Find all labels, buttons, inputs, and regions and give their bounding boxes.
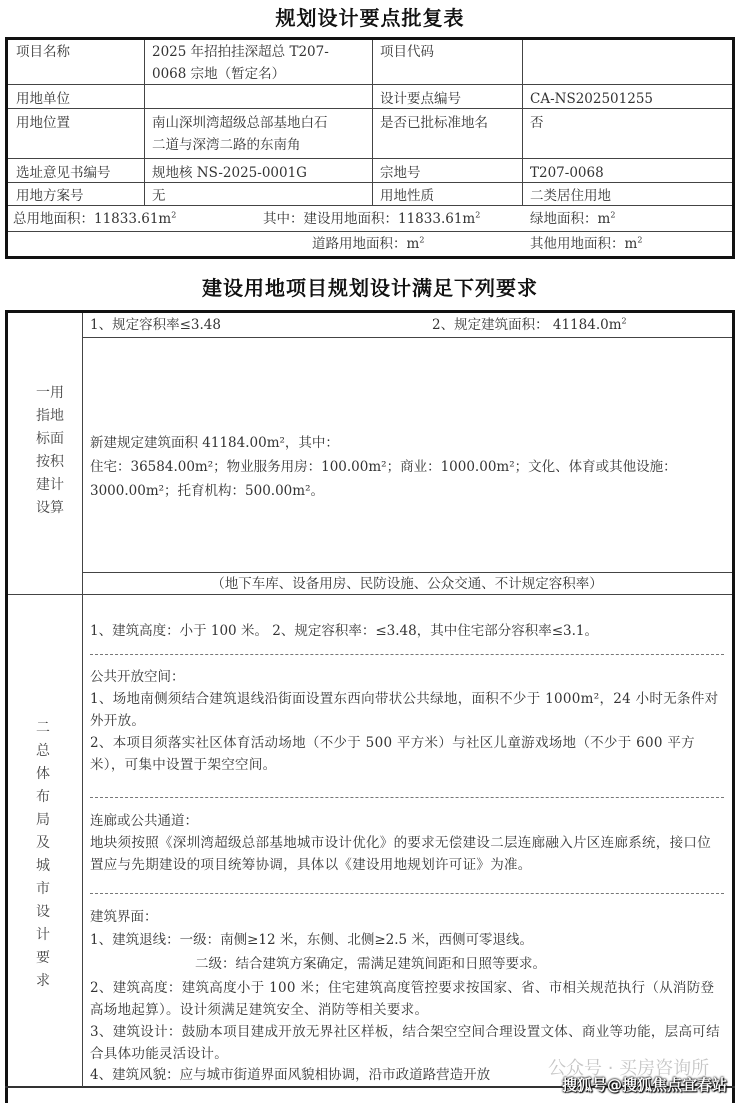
- section2-label-char: 及: [28, 832, 58, 855]
- building-style-item: 4、建筑风貌：应与城市街道界面风貌相协调，沿市政道路营造开放: [90, 1064, 490, 1086]
- dashed-separator: [90, 893, 724, 894]
- label-land-location: 用地位置: [8, 109, 144, 137]
- section1-label-line: 一用: [30, 382, 70, 405]
- section1-label-line: 设算: [30, 497, 70, 520]
- section1-label: 一用 指地 标面 按积 建计 设算: [30, 382, 70, 520]
- section1-label-line: 建计: [30, 474, 70, 497]
- value-land-plan-no: 无: [144, 182, 372, 210]
- dashed-separator: [90, 654, 724, 655]
- label-column-divider: [82, 313, 83, 1087]
- dashed-separator: [90, 797, 724, 798]
- other-land-area: 其他用地面积：m2: [530, 233, 642, 255]
- building-area-breakdown-line2: 住宅：36584.00m²；物业服务用房：100.00m²；商业：1000.00…: [90, 456, 677, 478]
- value-land-location: 南山深圳湾超级总部基地白石 二道与深湾二路的东南角: [144, 109, 372, 159]
- section2-label-char: 体: [28, 763, 58, 786]
- row-divider: [82, 337, 732, 338]
- label-project-name: 项目名称: [8, 38, 144, 66]
- public-space-item-1: 1、场地南侧须结合建筑退线沿街面设置东西向带状公共绿地，面积不少于 1000m²…: [90, 688, 722, 732]
- requirements-title: 建设用地项目规划设计满足下列要求: [0, 272, 740, 301]
- green-land-area: 绿地面积：m2: [530, 208, 615, 230]
- building-area-requirement: 2、规定建筑面积： 41184.0m2: [432, 314, 627, 336]
- section2-label-char: 布: [28, 786, 58, 809]
- value-standard-name: 否: [522, 109, 732, 137]
- section2-label-char: 要: [28, 947, 58, 970]
- public-space-item-2: 2、本项目须落实社区体育活动场地（不少于 500 平方米）与社区儿童游戏场地（不…: [90, 732, 722, 776]
- value-land-location-line2: 二道与深湾二路的东南角: [152, 134, 364, 156]
- value-project-name-line2: 0068 宗地（暂定名）: [152, 63, 364, 85]
- setback-level-2: 二级：结合建筑方案确定，需满足建筑间距和日照等要求。: [195, 953, 546, 975]
- value-land-use: 二类居住用地: [522, 182, 732, 210]
- value-project-name-line1: 2025 年招拍挂深超总 T207-: [152, 41, 364, 63]
- section1-label-line: 按积: [30, 451, 70, 474]
- value-project-code: [522, 38, 732, 44]
- height-ratio-requirement: 1、建筑高度：小于 100 米。 2、规定容积率：≤3.48，其中住宅部分容积率…: [90, 620, 598, 642]
- document-title: 规划设计要点批复表: [0, 2, 740, 31]
- corridor-text: 地块须按照《深圳湾超级总部基地城市设计优化》的要求无偿建设二层连廊融入片区连廊系…: [90, 832, 722, 876]
- building-area-breakdown-line3: 3000.00m²；托育机构：500.00m²。: [90, 480, 324, 502]
- total-land-area: 总用地面积：11833.61m2: [13, 208, 176, 230]
- facade-heading: 建筑界面：: [90, 906, 158, 928]
- label-standard-name: 是否已批标准地名: [372, 109, 522, 137]
- section2-label-char: 市: [28, 878, 58, 901]
- value-land-unit: [144, 85, 372, 91]
- label-land-use: 用地性质: [372, 182, 522, 210]
- public-space-heading: 公共开放空间：: [90, 666, 185, 688]
- row-divider: [8, 231, 732, 232]
- section1-label-line: 标面: [30, 428, 70, 451]
- sohu-watermark: 搜狐号@搜狐焦点宜春站: [562, 1074, 727, 1095]
- section2-label-char: 求: [28, 970, 58, 993]
- section2-label-char: 总: [28, 740, 58, 763]
- section2-label: 二 总 体 布 局 及 城 市 设 计 要 求: [28, 717, 58, 993]
- road-land-area: 道路用地面积：m2: [312, 233, 424, 255]
- section1-label-line: 指地: [30, 405, 70, 428]
- section2-label-char: 局: [28, 809, 58, 832]
- section2-label-char: 计: [28, 924, 58, 947]
- label-land-plan-no: 用地方案号: [8, 182, 144, 210]
- plot-ratio-requirement: 1、规定容积率≤3.48: [90, 314, 221, 336]
- building-area-breakdown-line1: 新建规定建筑面积 41184.00m²，其中：: [90, 432, 339, 454]
- corridor-heading: 连廊或公共通道：: [90, 810, 198, 832]
- section2-label-char: 设: [28, 901, 58, 924]
- construction-land-area: 其中：建设用地面积：11833.61m2: [263, 208, 480, 230]
- building-height-item: 2、建筑高度：建筑高度小于 100 米；住宅建筑高度管控要求按国家、省、市相关规…: [90, 977, 722, 1021]
- value-project-name: 2025 年招拍挂深超总 T207- 0068 宗地（暂定名）: [144, 38, 372, 88]
- setback-level-1: 1、建筑退线：一级：南侧≥12 米，东侧、北侧≥2.5 米，西侧可零退线。: [90, 929, 533, 951]
- not-counted-footnote: （地下车库、设备用房、民防设施、公众交通、不计规定容积率）: [82, 573, 732, 595]
- value-land-location-line1: 南山深圳湾超级总部基地白石: [152, 112, 364, 134]
- section2-label-char: 城: [28, 855, 58, 878]
- label-project-code: 项目代码: [372, 38, 522, 66]
- section2-label-char: 二: [28, 717, 58, 740]
